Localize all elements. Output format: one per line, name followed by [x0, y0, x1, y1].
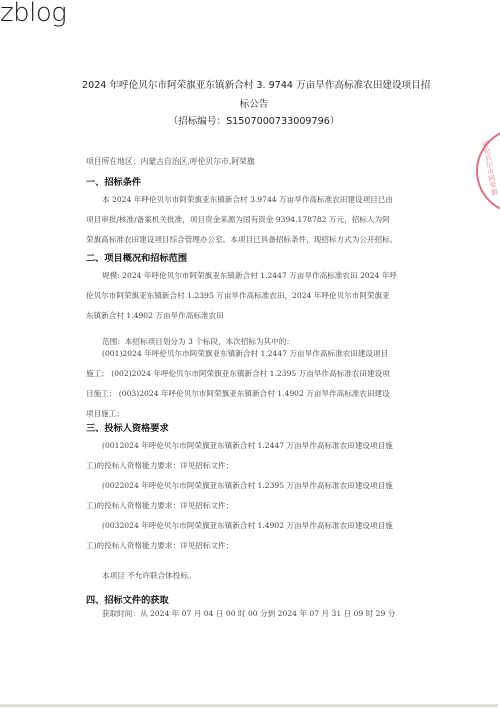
qualification-item-line: 工)的投标人资格能力要求：详见招标文件； [86, 536, 420, 556]
paragraph-line: 施工； (002)2024 年呼伦贝尔市阿荣旗亚东镇新合村 1.2395 万亩旱… [86, 364, 420, 384]
paragraph-line: 目施工； (003)2024 年呼伦贝尔市阿荣旗亚东镇新合村 1.4902 万亩… [86, 384, 420, 404]
paragraph-line: 荣旗高标准农田建设项目综合管理办公室。本项目已具备招标条件，现招标方式为公开招标… [86, 230, 420, 250]
section-heading-project-overview: 二、项目概况和招标范围 [86, 250, 187, 264]
qualification-item-line: (0032024 年呼伦贝尔市阿荣旗亚东镇新合村 1.4902 万亩旱作高标准农… [86, 516, 420, 536]
title-line-1: 2024 年呼伦贝尔市阿荣旗亚东镇新合村 3. 9744 万亩旱作高标准农田建设… [82, 76, 422, 95]
section-body-acquisition: 获取时间：从 2024 年 07 月 04 日 00 时 00 分到 2024 … [86, 604, 420, 624]
paragraph-line: 伦贝尔市阿荣旗亚东镇新合村 1.2395 万亩旱作高标准农田，2024 年呼伦贝… [86, 286, 420, 306]
page-bottom-edge [0, 704, 498, 707]
paragraph-line: 项目审批/核准/备案机关批准，项目资金来源为国有资金 9394.178782 万… [86, 210, 420, 230]
section-body-qualifications: (0012024 年呼伦贝尔市阿荣旗亚东镇新合村 1.2447 万亩旱作高标准农… [86, 436, 420, 556]
document-title: 2024 年呼伦贝尔市阿荣旗亚东镇新合村 3. 9744 万亩旱作高标准农田建设… [86, 76, 422, 114]
consortium-note: 本项目 不允许联合体投标。 [86, 566, 420, 586]
title-line-2: 标公告 [86, 95, 422, 114]
qualification-item-line: (0012024 年呼伦贝尔市阿荣旗亚东镇新合村 1.2447 万亩旱作高标准农… [86, 436, 420, 456]
qualification-item-line: (0022024 年呼伦贝尔市阿荣旗亚东镇新合村 1.2395 万亩旱作高标准农… [86, 476, 420, 496]
project-location: 项目所在地区：内蒙古自治区,呼伦贝尔市,阿荣旗 [86, 156, 255, 167]
paragraph-line: (001)2024 年呼伦贝尔市阿荣旗亚东镇新合村 1.2447 万亩旱作高标准… [86, 344, 420, 364]
paragraph-line: 东镇新合村 1.4902 万亩旱作高标准农田 [86, 306, 420, 326]
paragraph-line: 规模: 2024 年呼伦贝尔市阿荣旗亚东镇新合村 1.2447 万亩旱作高标准农… [86, 266, 420, 286]
document-header: 2024 年呼伦贝尔市阿荣旗亚东镇新合村 3. 9744 万亩旱作高标准农田建设… [86, 76, 422, 130]
section-heading-bidding-conditions: 一、招标条件 [86, 174, 141, 188]
consortium-text: 本项目 不允许联合体投标。 [86, 566, 420, 586]
paragraph-line: 本 2024 年呼伦贝尔市阿荣旗亚东镇新合村 3.9744 万亩旱作高标准农田建… [86, 190, 420, 210]
qualification-item-line: 工)的投标人资格能力要求：详见招标文件； [86, 456, 420, 476]
section-body-lots: (001)2024 年呼伦贝尔市阿荣旗亚东镇新合村 1.2447 万亩旱作高标准… [86, 344, 420, 424]
section-body-bidding-conditions: 本 2024 年呼伦贝尔市阿荣旗亚东镇新合村 3.9744 万亩旱作高标准农田建… [86, 190, 420, 250]
qualification-item-line: 工)的投标人资格能力要求：详见招标文件； [86, 496, 420, 516]
acquisition-time: 获取时间：从 2024 年 07 月 04 日 00 时 00 分到 2024 … [86, 604, 420, 624]
section-body-project-scale: 规模: 2024 年呼伦贝尔市阿荣旗亚东镇新合村 1.2447 万亩旱作高标准农… [86, 266, 420, 352]
section-heading-bidder-qualifications: 三、投标人资格要求 [86, 420, 169, 434]
site-watermark: zblog [0, 0, 66, 28]
tender-code: （招标编号：S1507000733009796） [86, 114, 422, 130]
